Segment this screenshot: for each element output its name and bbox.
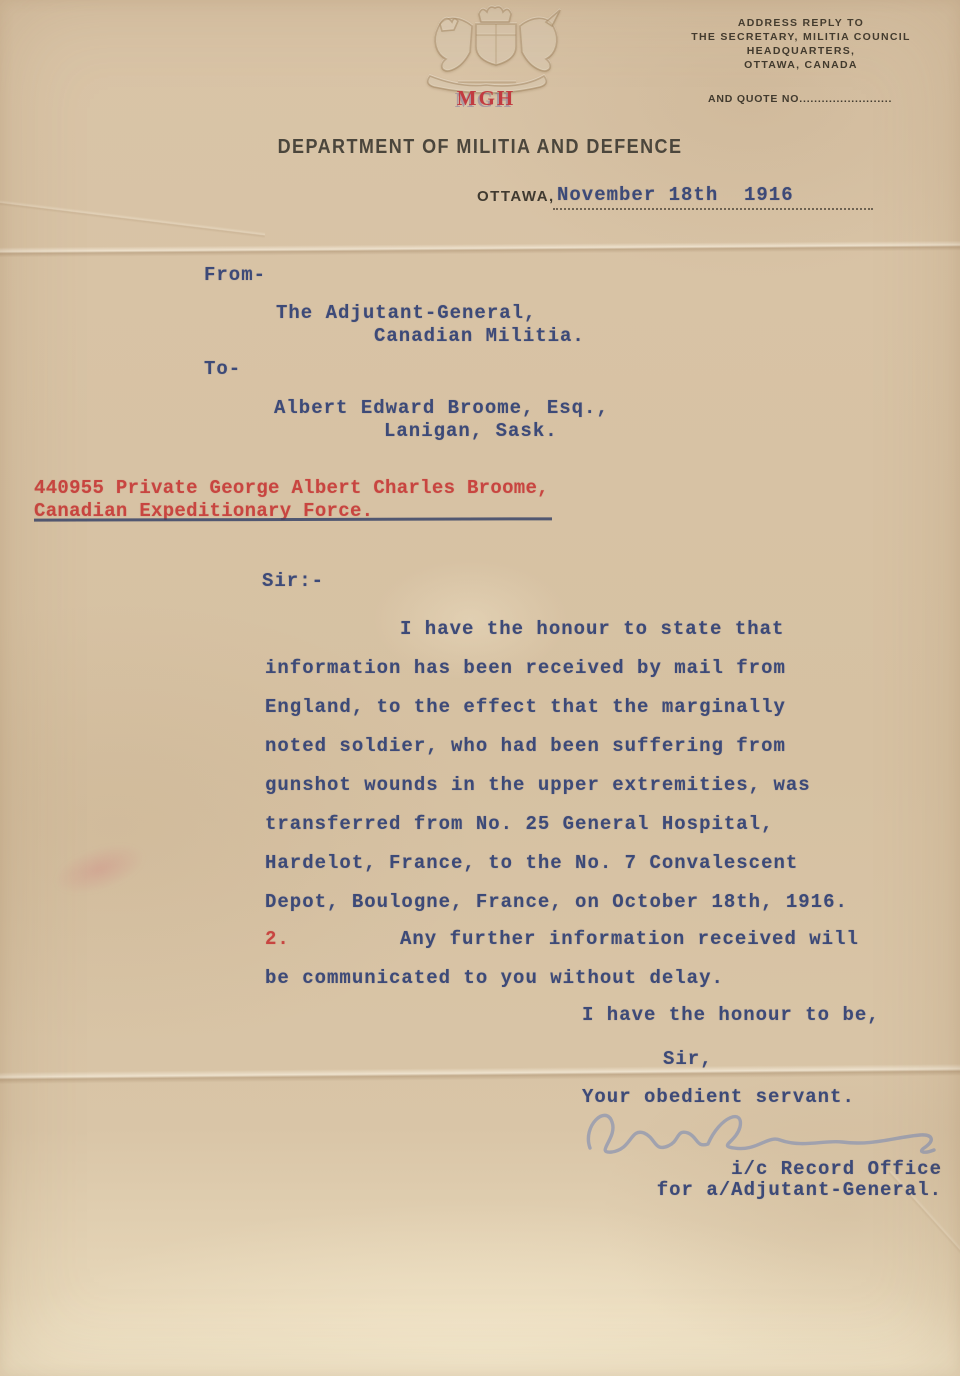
address-reply-line: ADDRESS REPLY TO <box>676 16 926 30</box>
body-paragraph-2: 2.Any further information received will … <box>265 920 875 998</box>
fold-crease-bottom <box>0 1064 960 1085</box>
corner-crease-top-left <box>0 196 265 239</box>
fold-crease-top <box>0 241 960 258</box>
closing-line: I have the honour to be, <box>582 1004 880 1026</box>
place-label: OTTAWA, <box>477 188 555 205</box>
closing-line: Sir, <box>663 1048 713 1070</box>
to-label: To- <box>204 358 241 380</box>
paragraph-number: 2. <box>265 920 400 959</box>
address-reply-line: HEADQUARTERS, <box>676 44 926 58</box>
signature-office-line: i/c Record Office <box>620 1159 942 1180</box>
signature-office-block: i/c Record Office for a/Adjutant-General… <box>620 1159 942 1201</box>
body-line: Hardelot, France, to the No. 7 Convalesc… <box>265 844 875 883</box>
royal-coat-of-arms-embossed-icon <box>396 2 578 94</box>
from-label: From- <box>204 264 266 286</box>
department-heading: DEPARTMENT OF MILITIA AND DEFENCE <box>174 136 786 159</box>
body-line: 2.Any further information received will <box>265 920 875 959</box>
body-line: England, to the effect that the marginal… <box>265 688 875 727</box>
quote-number-line: AND QUOTE NO......................... <box>708 93 892 105</box>
letter-page: MGH ADDRESS REPLY TO THE SECRETARY, MILI… <box>0 0 960 1376</box>
salutation: Sir:- <box>262 570 324 592</box>
body-line: information has been received by mail fr… <box>265 649 875 688</box>
from-line: The Adjutant-General, <box>276 302 536 324</box>
body-line: I have the honour to state that <box>265 610 875 649</box>
pink-ink-smudge <box>48 834 151 903</box>
body-line-text: Any further information received will <box>400 928 859 950</box>
body-line: gunshot wounds in the upper extremities,… <box>265 766 875 805</box>
marginal-note-line: 440955 Private George Albert Charles Bro… <box>34 477 549 499</box>
address-reply-line: THE SECRETARY, MILITIA COUNCIL <box>676 30 926 44</box>
signature-office-line: for a/Adjutant-General. <box>620 1180 942 1201</box>
to-line: Lanigan, Sask. <box>384 420 558 442</box>
address-reply-block: ADDRESS REPLY TO THE SECRETARY, MILITIA … <box>676 16 926 72</box>
body-paragraph-1: I have the honour to state that informat… <box>265 610 875 922</box>
body-line: transferred from No. 25 General Hospital… <box>265 805 875 844</box>
mgh-stamp: MGH <box>438 86 534 111</box>
typed-date: November 18th <box>557 184 718 206</box>
to-line: Albert Edward Broome, Esq., <box>274 397 609 419</box>
body-line: noted soldier, who had been suffering fr… <box>265 727 875 766</box>
body-line: Depot, Boulogne, France, on October 18th… <box>265 883 875 922</box>
from-line: Canadian Militia. <box>374 325 585 347</box>
address-reply-line: OTTAWA, CANADA <box>676 58 926 72</box>
typed-year: 1916 <box>744 184 794 206</box>
body-line: be communicated to you without delay. <box>265 959 875 998</box>
